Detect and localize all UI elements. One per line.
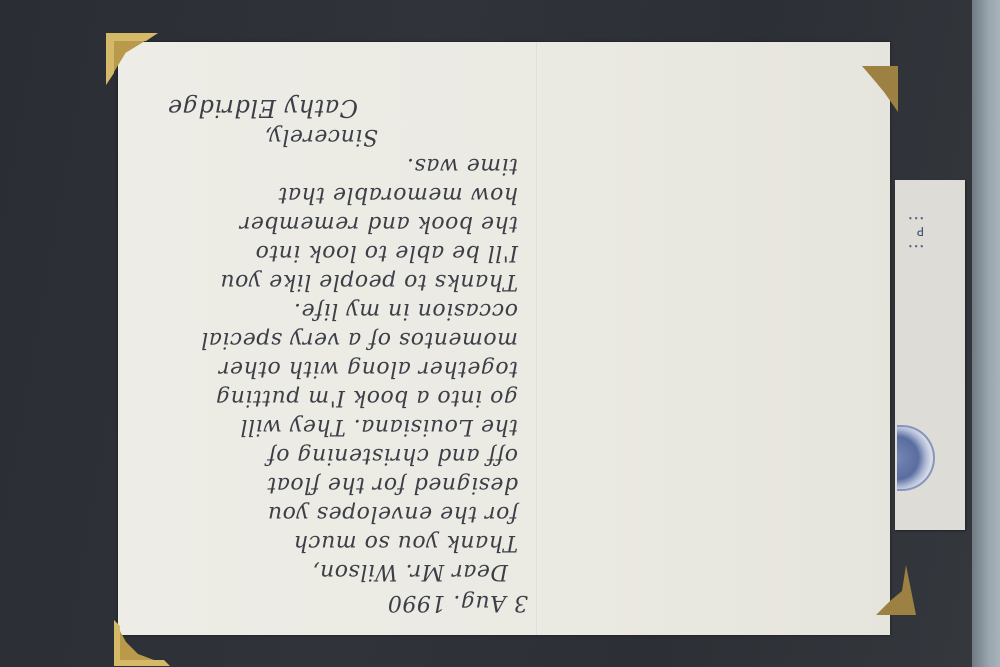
insert-letter: P <box>907 224 924 238</box>
letter-line: momentos of a very special <box>128 325 528 354</box>
letter-date: 3 Aug. 1990 <box>128 588 528 617</box>
letter-line: Thanks to people like you <box>128 267 528 296</box>
letter-line: I'll be able to look into <box>128 238 528 267</box>
letter-line: go into a book I'm putting <box>128 383 528 412</box>
letter-salutation: Dear Mr. Wilson, <box>128 557 528 586</box>
letter-closing: Sincerely, <box>128 122 528 151</box>
letter-line: occasion in my life. <box>128 296 528 325</box>
letter-line: together along with other <box>128 354 528 383</box>
insert-card: ••• P ••• <box>895 180 965 530</box>
insert-dots-bottom: ••• <box>907 210 924 224</box>
card-fold-line <box>536 42 538 635</box>
letter-line: the book and remember <box>128 209 528 238</box>
official-seal-icon <box>897 425 935 491</box>
letter-line: the Louisiana. They will <box>128 412 528 441</box>
letter-line: off and christening of <box>128 441 528 470</box>
background-wall <box>972 0 1000 667</box>
insert-dots-top: ••• <box>907 238 924 252</box>
letter-line: time was. <box>128 151 528 180</box>
letter-line: Thank you so much <box>128 528 528 557</box>
letter-signature: Cathy Eldridge <box>128 93 528 122</box>
insert-card-text: ••• P ••• <box>907 210 924 252</box>
handwritten-letter: 3 Aug. 1990 Dear Mr. Wilson, Thank you s… <box>118 42 890 635</box>
letter-line: how memorable that <box>128 180 528 209</box>
letter-line: for the envelopes you <box>128 499 528 528</box>
letter-handwriting: 3 Aug. 1990 Dear Mr. Wilson, Thank you s… <box>128 87 528 617</box>
letter-line: designed for the float <box>128 470 528 499</box>
